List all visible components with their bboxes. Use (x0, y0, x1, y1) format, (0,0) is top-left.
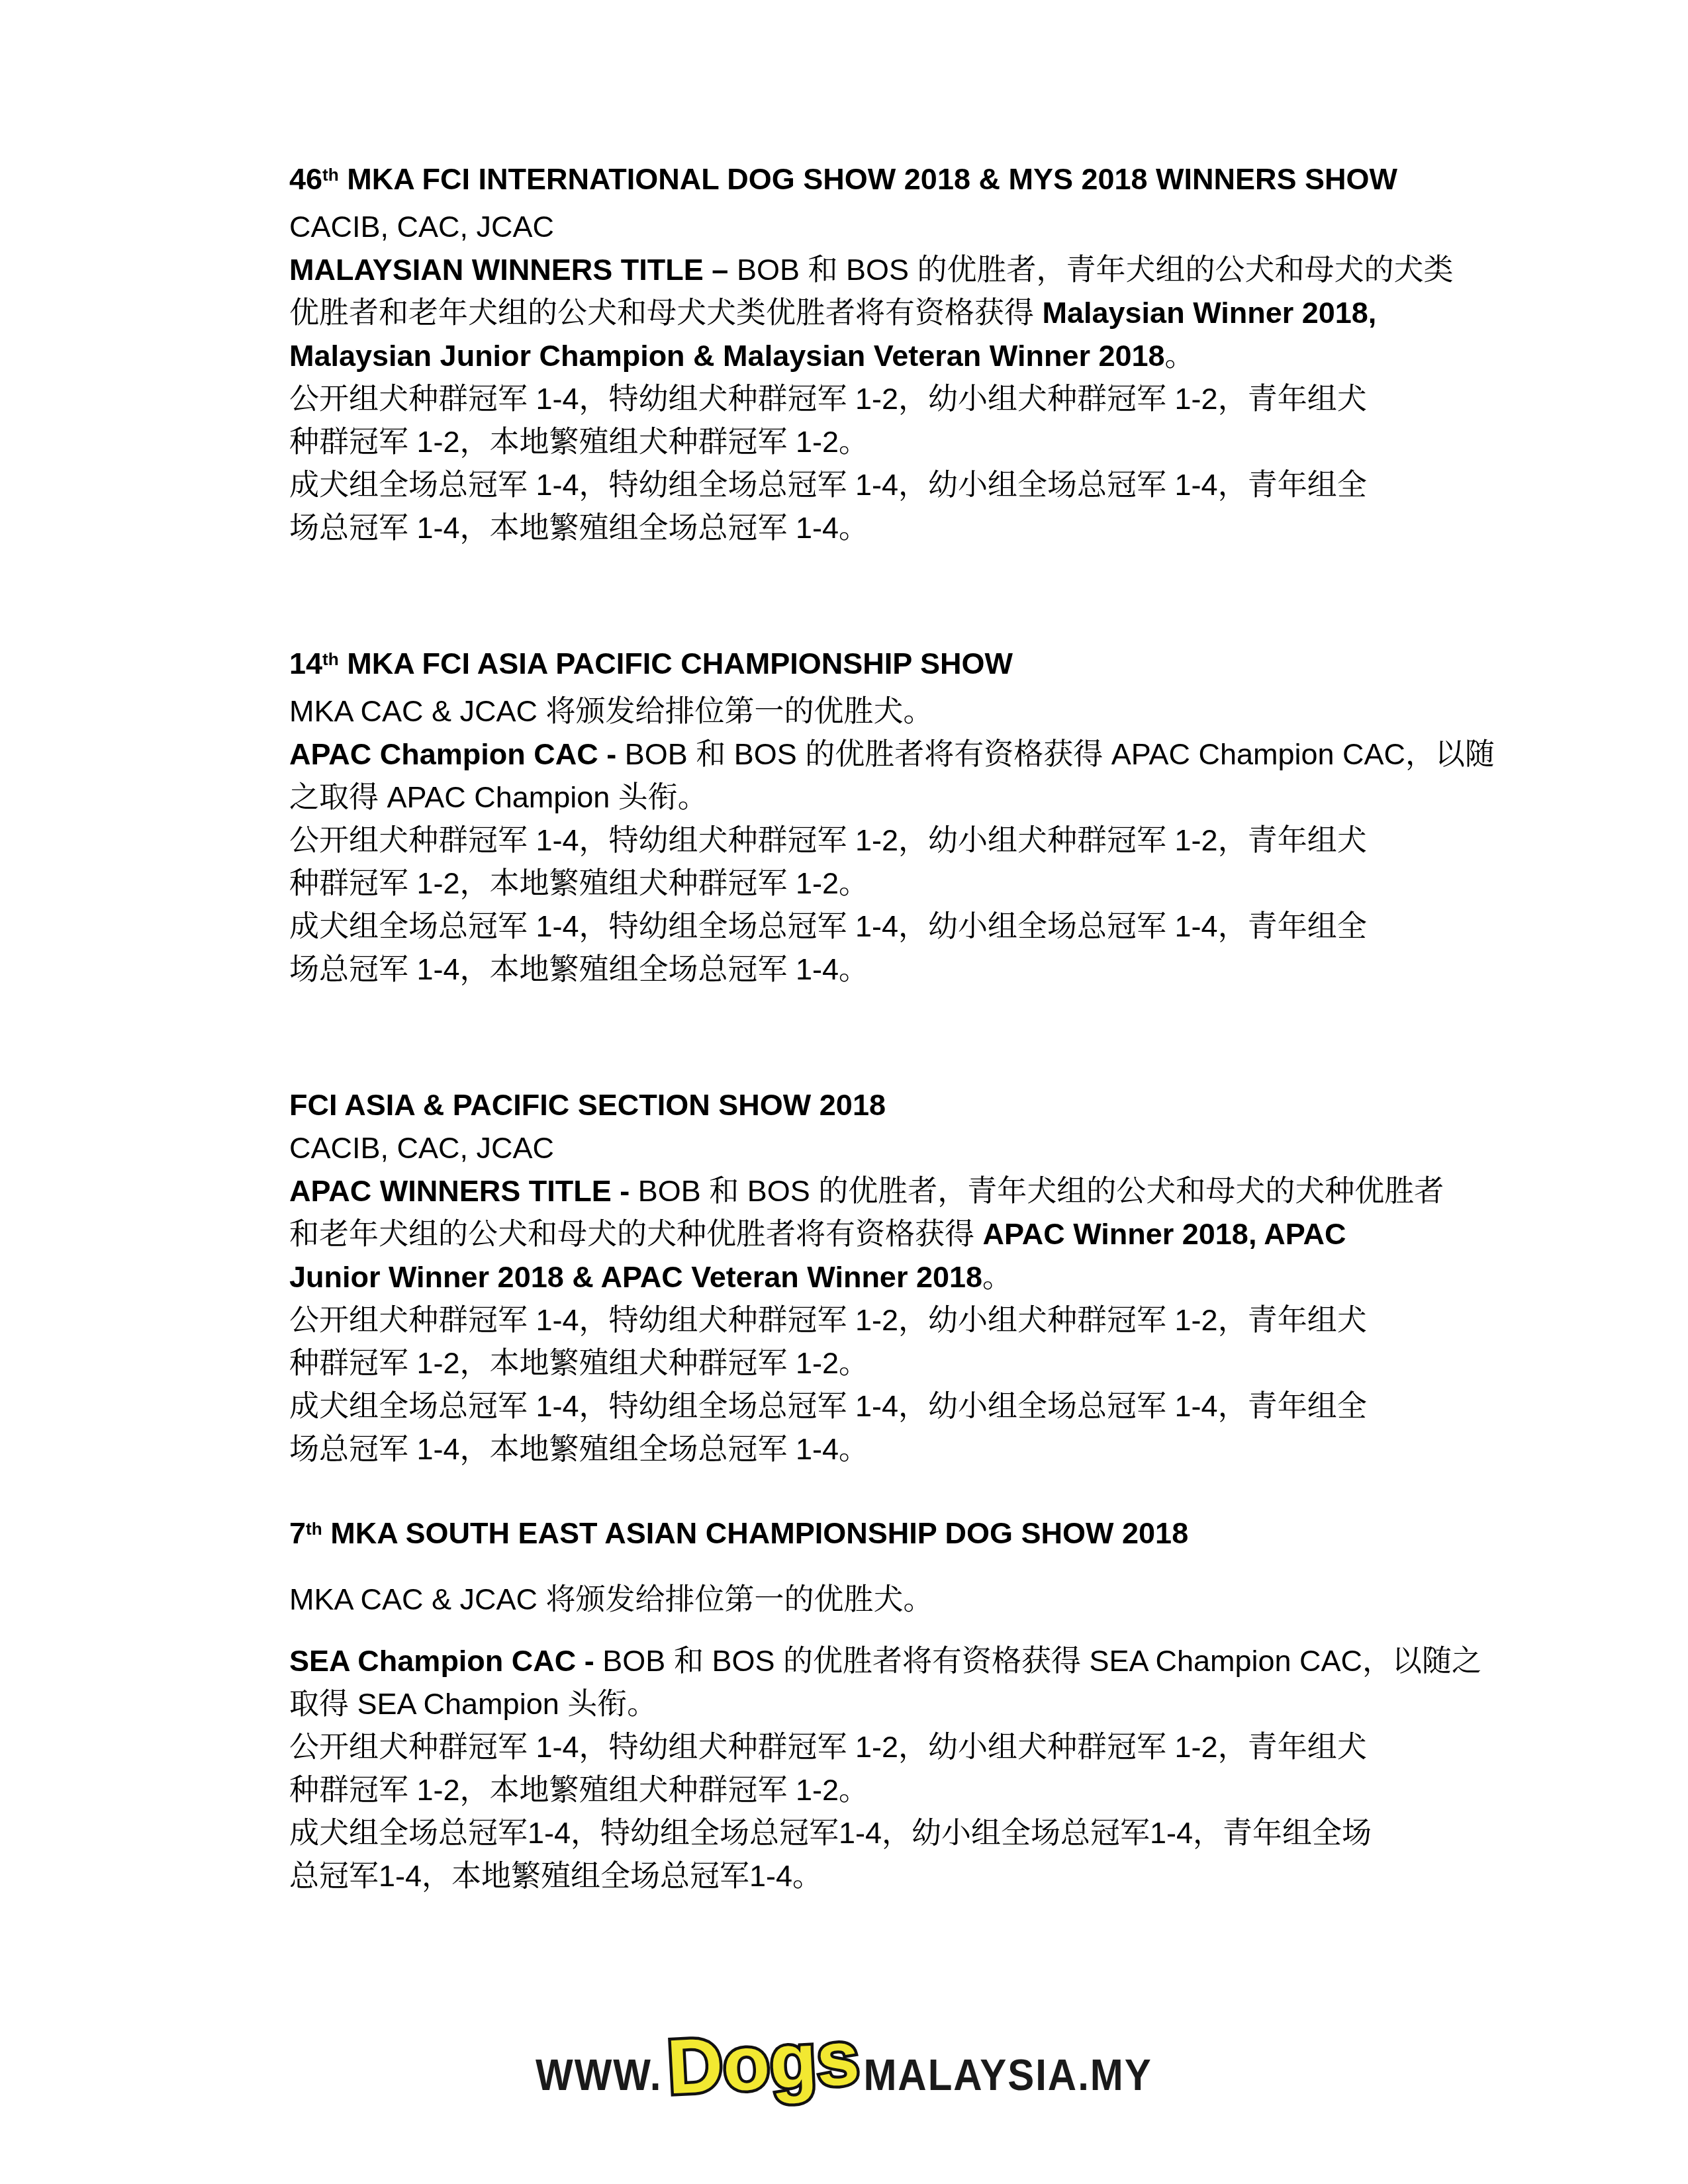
text-line: 成犬组全场总冠军 1-4，特幼组全场总冠军 1-4，幼小组全场总冠军 1-4，青… (289, 905, 1428, 948)
section-7th-mka-south-east-asian-championship-dog-show: 7th MKA SOUTH EAST ASIAN CHAMPIONSHIP DO… (289, 1512, 1428, 1897)
text-line: 种群冠军 1-2，本地繁殖组犬种群冠军 1-2。 (289, 420, 1428, 463)
text-run: 场总冠军 1-4，本地繁殖组全场总冠军 1-4。 (289, 952, 868, 986)
section-heading: 46th MKA FCI INTERNATIONAL DOG SHOW 2018… (289, 158, 1428, 205)
bold-text-run: 46 (289, 162, 322, 196)
text-line: MKA CAC & JCAC 将颁发给排位第一的优胜犬。 (289, 1578, 1428, 1621)
text-line: APAC WINNERS TITLE - BOB 和 BOS 的优胜者，青年犬组… (289, 1169, 1428, 1212)
text-run: 成犬组全场总冠军 1-4，特幼组全场总冠军 1-4，幼小组全场总冠军 1-4，青… (289, 909, 1367, 943)
text-run: 取得 SEA Champion 头衔。 (289, 1687, 657, 1721)
text-line: 优胜者和老年犬组的公犬和母犬犬类优胜者将有资格获得 Malaysian Winn… (289, 291, 1428, 334)
text-run: BOB 和 BOS 的优胜者将有资格获得 APAC Champion CAC，以… (625, 737, 1495, 771)
footer-logo: WWW. Dogs MALAYSIA.MY (0, 2024, 1688, 2101)
text-line: Junior Winner 2018 & APAC Veteran Winner… (289, 1255, 1428, 1298)
text-line: 成犬组全场总冠军1-4，特幼组全场总冠军1-4，幼小组全场总冠军1-4，青年组全… (289, 1811, 1428, 1854)
text-run: 。 (982, 1260, 1012, 1294)
section-14th-mka-fci-asia-pacific-championship-show: 14th MKA FCI ASIA PACIFIC CHAMPIONSHIP S… (289, 642, 1428, 991)
section-46th-mka-fci-international-dog-show: 46th MKA FCI INTERNATIONAL DOG SHOW 2018… (289, 158, 1428, 549)
text-run: 种群冠军 1-2，本地繁殖组犬种群冠军 1-2。 (289, 1346, 868, 1380)
text-line: SEA Champion CAC - BOB 和 BOS 的优胜者将有资格获得 … (289, 1639, 1428, 1682)
text-line: MALAYSIAN WINNERS TITLE – BOB 和 BOS 的优胜者… (289, 248, 1428, 291)
text-line: 和老年犬组的公犬和母犬的犬种优胜者将有资格获得 APAC Winner 2018… (289, 1212, 1428, 1255)
text-run: 公开组犬种群冠军 1-4，特幼组犬种群冠军 1-2，幼小组犬种群冠军 1-2，青… (289, 1730, 1367, 1764)
text-run: BOB 和 BOS 的优胜者，青年犬组的公犬和母犬的犬类 (737, 253, 1454, 287)
text-run: MKA CAC & JCAC 将颁发给排位第一的优胜犬。 (289, 694, 933, 728)
ordinal-suffix: th (322, 649, 339, 669)
text-run: 优胜者和老年犬组的公犬和母犬犬类优胜者将有资格获得 (289, 296, 1043, 330)
text-run: 总冠军1-4，本地繁殖组全场总冠军1-4。 (289, 1859, 822, 1893)
document-page: 46th MKA FCI INTERNATIONAL DOG SHOW 2018… (0, 0, 1688, 2184)
text-run: BOB 和 BOS 的优胜者将有资格获得 SEA Champion CAC，以随… (602, 1644, 1481, 1678)
footer-logo-malaysia: MALAYSIA.MY (863, 2050, 1152, 2101)
ordinal-suffix: th (322, 165, 339, 185)
bold-text-run: MKA FCI ASIA PACIFIC CHAMPIONSHIP SHOW (339, 647, 1013, 680)
text-run: CACIB, CAC, JCAC (289, 210, 554, 244)
section-heading: 7th MKA SOUTH EAST ASIAN CHAMPIONSHIP DO… (289, 1512, 1428, 1559)
text-line: MKA CAC & JCAC 将颁发给排位第一的优胜犬。 (289, 690, 1428, 733)
text-line: 成犬组全场总冠军 1-4，特幼组全场总冠军 1-4，幼小组全场总冠军 1-4，青… (289, 463, 1428, 506)
bold-text-run: APAC WINNERS TITLE - (289, 1174, 638, 1208)
text-run: 公开组犬种群冠军 1-4，特幼组犬种群冠军 1-2，幼小组犬种群冠军 1-2，青… (289, 1303, 1367, 1337)
bold-text-run: FCI ASIA & PACIFIC SECTION SHOW 2018 (289, 1088, 886, 1122)
text-run: 公开组犬种群冠军 1-4，特幼组犬种群冠军 1-2，幼小组犬种群冠军 1-2，青… (289, 823, 1367, 857)
text-run: CACIB, CAC, JCAC (289, 1131, 554, 1165)
text-line: CACIB, CAC, JCAC (289, 1126, 1428, 1169)
bold-text-run: 14 (289, 647, 322, 680)
text-line: 种群冠军 1-2，本地繁殖组犬种群冠军 1-2。 (289, 1342, 1428, 1385)
bold-text-run: APAC Champion CAC - (289, 737, 625, 771)
text-line: APAC Champion CAC - BOB 和 BOS 的优胜者将有资格获得… (289, 733, 1428, 776)
text-run: 成犬组全场总冠军1-4，特幼组全场总冠军1-4，幼小组全场总冠军1-4，青年组全… (289, 1816, 1372, 1850)
text-run: 成犬组全场总冠军 1-4，特幼组全场总冠军 1-4，幼小组全场总冠军 1-4，青… (289, 1389, 1367, 1423)
text-run: MKA CAC & JCAC 将颁发给排位第一的优胜犬。 (289, 1582, 933, 1616)
text-line: 总冠军1-4，本地繁殖组全场总冠军1-4。 (289, 1854, 1428, 1897)
footer-logo-www: WWW. (536, 2050, 662, 2101)
bold-text-run: APAC Winner 2018, APAC (983, 1217, 1346, 1251)
text-run: BOB 和 BOS 的优胜者，青年犬组的公犬和母犬的犬种优胜者 (638, 1174, 1444, 1208)
bold-text-run: MKA SOUTH EAST ASIAN CHAMPIONSHIP DOG SH… (322, 1516, 1189, 1550)
bold-text-run: Malaysian Winner 2018, (1043, 296, 1377, 330)
text-line: 种群冠军 1-2，本地繁殖组犬种群冠军 1-2。 (289, 1768, 1428, 1811)
text-run: 种群冠军 1-2，本地繁殖组犬种群冠军 1-2。 (289, 1773, 868, 1807)
text-run: 场总冠军 1-4，本地繁殖组全场总冠军 1-4。 (289, 1432, 868, 1466)
text-line: 种群冠军 1-2，本地繁殖组犬种群冠军 1-2。 (289, 862, 1428, 905)
text-line: Malaysian Junior Champion & Malaysian Ve… (289, 334, 1428, 377)
text-line: 公开组犬种群冠军 1-4，特幼组犬种群冠军 1-2，幼小组犬种群冠军 1-2，青… (289, 1725, 1428, 1768)
text-line: 公开组犬种群冠军 1-4，特幼组犬种群冠军 1-2，幼小组犬种群冠军 1-2，青… (289, 1298, 1428, 1342)
document-content: 46th MKA FCI INTERNATIONAL DOG SHOW 2018… (289, 158, 1428, 1897)
text-run: 种群冠军 1-2，本地繁殖组犬种群冠军 1-2。 (289, 866, 868, 900)
bold-text-run: SEA Champion CAC - (289, 1644, 602, 1678)
text-run: 和老年犬组的公犬和母犬的犬种优胜者将有资格获得 (289, 1217, 983, 1251)
text-line: CACIB, CAC, JCAC (289, 205, 1428, 248)
text-run: 公开组犬种群冠军 1-4，特幼组犬种群冠军 1-2，幼小组犬种群冠军 1-2，青… (289, 382, 1367, 416)
text-line: 场总冠军 1-4，本地繁殖组全场总冠军 1-4。 (289, 948, 1428, 991)
text-line: 之取得 APAC Champion 头衔。 (289, 776, 1428, 819)
section-heading: 14th MKA FCI ASIA PACIFIC CHAMPIONSHIP S… (289, 642, 1428, 690)
section-heading: FCI ASIA & PACIFIC SECTION SHOW 2018 (289, 1083, 1428, 1126)
bold-text-run: MALAYSIAN WINNERS TITLE – (289, 253, 737, 287)
bold-text-run: Malaysian Junior Champion & Malaysian Ve… (289, 339, 1165, 373)
text-run: 种群冠军 1-2，本地繁殖组犬种群冠军 1-2。 (289, 425, 868, 459)
bold-text-run: MKA FCI INTERNATIONAL DOG SHOW 2018 & MY… (339, 162, 1397, 196)
text-line: 公开组犬种群冠军 1-4，特幼组犬种群冠军 1-2，幼小组犬种群冠军 1-2，青… (289, 819, 1428, 862)
footer-logo-dogs: Dogs (666, 2019, 862, 2105)
text-run: 之取得 APAC Champion 头衔。 (289, 780, 708, 814)
text-run: 。 (1165, 339, 1195, 373)
bold-text-run: 7 (289, 1516, 306, 1550)
bold-text-run: Junior Winner 2018 & APAC Veteran Winner… (289, 1260, 982, 1294)
text-line: 场总冠军 1-4，本地繁殖组全场总冠军 1-4。 (289, 1428, 1428, 1471)
text-line: 公开组犬种群冠军 1-4，特幼组犬种群冠军 1-2，幼小组犬种群冠军 1-2，青… (289, 377, 1428, 420)
text-line: 取得 SEA Champion 头衔。 (289, 1682, 1428, 1725)
text-line: 成犬组全场总冠军 1-4，特幼组全场总冠军 1-4，幼小组全场总冠军 1-4，青… (289, 1385, 1428, 1428)
text-run: 场总冠军 1-4，本地繁殖组全场总冠军 1-4。 (289, 511, 868, 545)
ordinal-suffix: th (306, 1519, 322, 1539)
text-line: 场总冠军 1-4，本地繁殖组全场总冠军 1-4。 (289, 506, 1428, 549)
section-fci-asia-pacific-section-show: FCI ASIA & PACIFIC SECTION SHOW 2018CACI… (289, 1083, 1428, 1471)
text-run: 成犬组全场总冠军 1-4，特幼组全场总冠军 1-4，幼小组全场总冠军 1-4，青… (289, 468, 1367, 502)
